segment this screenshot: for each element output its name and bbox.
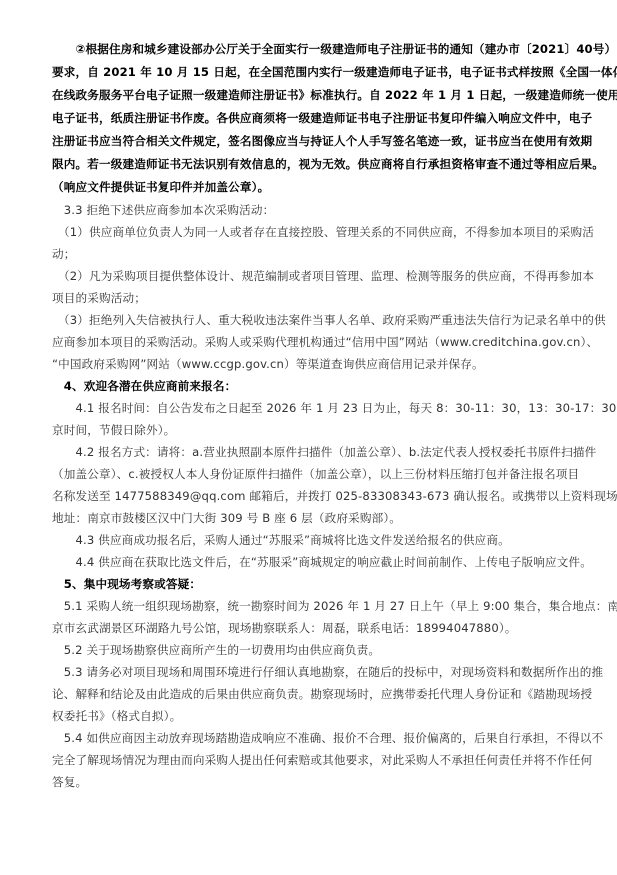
p-cert-line: （响应文件提供证书复印件并加盖公章）。 [52, 179, 269, 195]
p-5-4-line: 5.4 如供应商因主动放弃现场踏勘造成响应不准确、报价不合理、报价偏离的，后果自… [52, 730, 570, 746]
p-cert-line: 电子证书，纸质注册证书作废。各供应商须将一级建造师证书电子注册证书复印件编入响应… [52, 110, 570, 126]
p-5-3-line: 论、解释和结论及由此造成的后果由供应商负责。勘察现场时，应携带委托代理人身份证和… [52, 686, 570, 702]
p-cert-line: 在线政务服务平台电子证照一级建造师注册证书》标准执行。自 2022 年 1 月 … [52, 87, 570, 103]
p-4-4-line: 4.4 供应商在获取比选文件后，在“苏服采”商城规定的响应截止时间前制作、上传电… [52, 554, 592, 570]
p-5-1-line: 京市玄武湖景区环湖路九号公馆，现场勘察联系人：周磊，联系电话：189940478… [52, 620, 517, 636]
p-4-2-line: 名称发送至 1477588349@qq.com 邮箱后，并拨打 025-8330… [52, 488, 570, 504]
p-5-4-line: 答复。 [52, 774, 87, 790]
p-5-2-line: 5.2 关于现场勘察供应商所产生的一切费用均由供应商负责。 [52, 642, 380, 658]
p-cert-line: 注册证书应当符合相关文件规定，签名图像应当与持证人个人手写签名笔迹一致，证书应当… [52, 133, 570, 149]
p-3-3-3-line: 应商参加本项目的采购活动。采购人或采购代理机构通过“信用中国”网站（www.cr… [52, 334, 570, 350]
p-cert-line: 要求，自 2021 年 10 月 15 日起，在全国范围内实行一级建造师电子证书… [52, 64, 570, 80]
h-3-3-line: 3.3 拒绝下述供应商参加本次采购活动： [52, 202, 274, 218]
p-4-2-line: 4.2 报名方式：请将：a.营业执照副本原件扫描件（加盖公章）、b.法定代表人授… [52, 444, 570, 460]
p-5-1-line: 5.1 采购人统一组织现场勘察，统一勘察时间为 2026 年 1 月 27 日上… [52, 598, 570, 614]
p-3-3-2-line: （2）凡为采购项目提供整体设计、规范编制或者项目管理、监理、检测等服务的供应商，… [52, 268, 570, 284]
p-3-3-3-line: “中国政府采购网”网站（www.ccgp.gov.cn）等渠道查询供应商信用记录… [52, 356, 484, 372]
p-3-3-1-line: 动； [52, 246, 76, 262]
h-4-line: 4、欢迎各潜在供应商前来报名： [52, 378, 236, 394]
p-4-2-line: （加盖公章）、c.被授权人本人身份证原件扫描件（加盖公章），以上三份材料压缩打包… [52, 466, 570, 482]
p-4-1-line: 京时间，节假日除外）。 [52, 422, 175, 438]
p-cert-line: ②根据住房和城乡建设部办公厅关于全面实行一级建造师电子注册证书的通知（建办市〔2… [52, 41, 570, 57]
p-4-1-line: 4.1 报名时间：自公告发布之日起至 2026 年 1 月 23 日为止，每天 … [52, 400, 570, 416]
p-3-3-2-line: 项目的采购活动； [52, 290, 146, 306]
p-5-3-line: 5.3 请务必对项目现场和周围环境进行仔细认真地勘察，在随后的投标中，对现场资料… [52, 664, 570, 680]
p-4-3-line: 4.3 供应商成功报名后，采购人通过“苏服采”商城将比选文件发送给报名的供应商。 [52, 532, 510, 548]
p-5-3-line: 权委托书》（格式自拟）。 [52, 708, 181, 724]
p-5-4-line: 完全了解现场情况为理由而向采购人提出任何索赔或其他要求，对此采购人不承担任何责任… [52, 752, 570, 768]
h-5-line: 5、集中现场考察或答疑： [52, 576, 201, 592]
p-4-2-line: 地址：南京市鼓楼区汉中门大街 309 号 B 座 6 层（政府采购部）。 [52, 510, 401, 526]
p-3-3-1-line: （1）供应商单位负责人为同一人或者存在直接控股、管理关系的不同供应商，不得参加本… [52, 224, 570, 240]
p-cert-line: 限内。若一级建造师证书无法识别有效信息的，视为无效。供应商将自行承担资格审查不通… [52, 156, 570, 172]
p-3-3-3-line: （3）拒绝列入失信被执行人、重大税收违法案件当事人名单、政府采购严重违法失信行为… [52, 312, 570, 328]
